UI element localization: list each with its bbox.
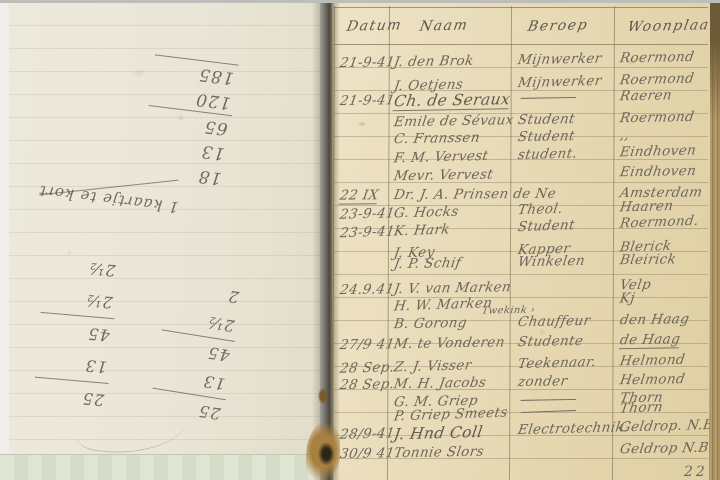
register-cell-naam: Tonnie Slors (393, 444, 485, 462)
register-cell-naam: H. W. Marken (393, 295, 494, 315)
register-cell-datum: 23-9-41 (339, 205, 396, 223)
register-cell-woonplaats: Haaren (619, 198, 675, 215)
register-cell-datum: 27/9 41 (339, 336, 396, 353)
register-cell-beroep: Electrotechnik. (517, 419, 630, 438)
register-cell-woonplaats: Eindhoven (619, 142, 698, 160)
register-cell-datum: 21-9-41 (339, 54, 396, 71)
inserted-note: Twekink › (481, 305, 536, 317)
column-header-woonplaats: Woonplaats (626, 17, 720, 36)
register-cell-naam: M. H. Jacobs (393, 375, 488, 393)
register-cell-woonplaats: ,, (619, 127, 631, 143)
paper-stain (318, 388, 328, 404)
register-cell-woonplaats: Helmond (619, 371, 687, 388)
register-cell-naam: Mevr. Vervest (393, 166, 495, 184)
register-cell-naam: Dr. J. A. Prinsen de Ne (393, 186, 558, 203)
register-cell-naam: C. Franssen (393, 130, 481, 148)
pencil-number: 13 (35, 345, 112, 383)
register-cell-datum: 28 Sep. (339, 376, 396, 393)
register-cell-beroep: Teekenaar. (517, 354, 598, 372)
register-cell-naam: J. den Brok (393, 53, 475, 70)
register-cell-naam: Emile de Sévaux (393, 112, 515, 130)
pencil-number: 45 (38, 312, 115, 351)
register-cell-woonplaats: Roermond (619, 109, 696, 126)
pencil-calculation-top: 181365120185 (140, 54, 239, 190)
right-page-register-table: Datum Naam Beroep Woonplaats 21-9-41J. d… (332, 2, 710, 480)
left-page: 181365120185 1 kaartje te kort 2513452½2… (9, 3, 320, 480)
register-cell-naam: J. P. Schif (393, 255, 463, 272)
register-cell-datum: 22 IX (339, 187, 380, 204)
register-cell-naam: B. Gorong (393, 315, 468, 332)
register-cell-woonplaats: Roermond (619, 70, 696, 88)
register-cell-datum: 21-9-41 (339, 92, 396, 109)
pencil-note: 1 kaartje te kort (20, 177, 180, 218)
column-header-naam: Naam (418, 17, 469, 34)
column-header-beroep: Beroep (526, 17, 589, 35)
register-cell-naam: Ch. de Seraux (393, 90, 512, 111)
pencil-number: 2½ (41, 280, 118, 318)
grid-hline (334, 7, 708, 8)
register-cell-woonplaats: Roermond. (619, 213, 700, 232)
register-cell-beroep: — (518, 402, 579, 420)
column-header-datum: Datum (345, 17, 403, 34)
register-cell-woonplaats: Raeren (619, 87, 674, 104)
register-cell-beroep: Mijnwerker (517, 51, 603, 69)
register-cell-beroep: Winkelen (517, 253, 587, 270)
under-page-edge-strip (0, 454, 320, 480)
page-number: 22 (684, 464, 708, 480)
scan-top-edge (0, 0, 720, 3)
register-cell-beroep: Theol. (517, 201, 564, 218)
register-cell-woonplaats: Geldrop N.B. (619, 440, 715, 458)
register-cell-beroep: — (518, 89, 579, 106)
register-cell-datum: 24.9.41 (339, 281, 396, 298)
register-cell-datum: 28/9-41 (339, 425, 396, 443)
register-cell-woonplaats: Kj (619, 290, 636, 307)
register-cell-beroep: zonder (517, 373, 569, 390)
register-cell-datum: 28 Sep. (339, 359, 396, 376)
register-cell-woonplaats: Helmond (619, 352, 687, 370)
register-cell-naam: P. Griep Smeets (393, 404, 509, 424)
register-cell-woonplaats: Roermond (619, 49, 696, 66)
register-cell-woonplaats: den Haag (619, 311, 691, 328)
register-cell-beroep: Student (517, 111, 576, 128)
book-gutter-shadow (312, 0, 340, 480)
register-cell-naam: Z. J. Visser (393, 357, 473, 375)
register-cell-naam: G. Hocks (393, 204, 460, 222)
register-cell-beroep: Student (517, 217, 576, 235)
scanned-register-photo: 181365120185 1 kaartje te kort 2513452½2… (0, 0, 720, 480)
register-cell-woonplaats: Eindhoven (619, 163, 698, 180)
register-cell-datum: 23-9-41 (339, 223, 396, 241)
register-cell-naam: M. te Vonderen (393, 334, 506, 352)
grid-hline (334, 44, 708, 45)
register-cell-naam: F. M. Vervest (393, 148, 490, 167)
register-cell-datum: 30/9 41 (339, 445, 396, 462)
pencil-number: 2½ (43, 248, 120, 286)
register-cell-woonplaats: Geldrop. N.B. (619, 417, 720, 436)
register-cell-woonplaats: Thorn (619, 399, 664, 417)
register-cell-naam: K. Hark (393, 221, 451, 239)
register-cell-beroep: student. (517, 145, 579, 163)
register-cell-naam: J. Hnd Coll (393, 423, 484, 443)
register-cell-beroep: Studente (517, 333, 585, 350)
register-cell-woonplaats: de Haag (619, 331, 682, 349)
register-cell-woonplaats: Bleirick (619, 251, 678, 268)
book-page-edges (710, 0, 720, 480)
register-cell-beroep: Student (517, 128, 576, 145)
left-paper-edge (0, 3, 9, 480)
